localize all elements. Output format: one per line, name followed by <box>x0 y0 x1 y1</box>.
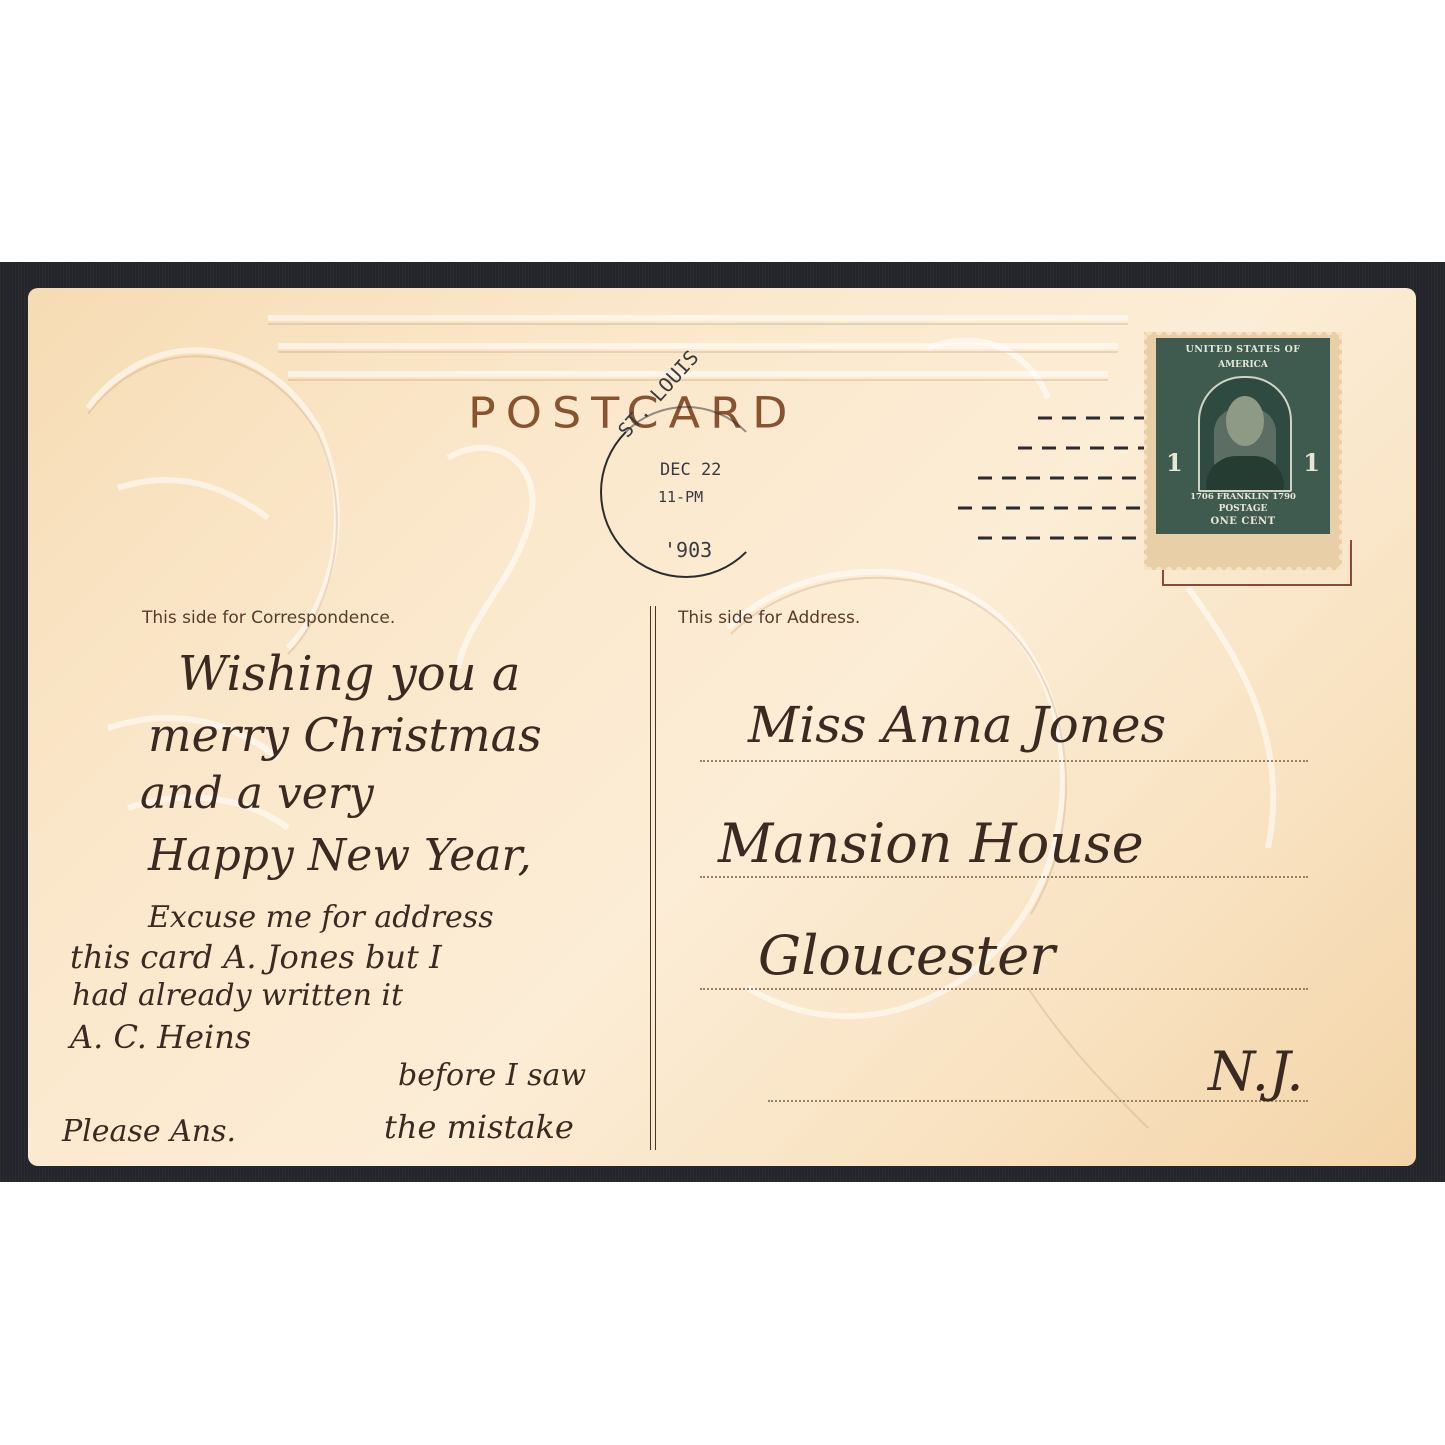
stamp-country: UNITED STATES OF <box>1156 344 1330 355</box>
address-rule-1 <box>700 760 1308 762</box>
stamp-subject: 1706 FRANKLIN 1790 <box>1156 492 1330 502</box>
message-line: the mistake <box>384 1108 574 1146</box>
message-line: Happy New Year, <box>148 830 532 881</box>
franklin-portrait-icon <box>1198 376 1292 492</box>
message-line: before I saw <box>398 1058 586 1093</box>
address-label: This side for Address. <box>678 608 860 628</box>
stamp-country-2: AMERICA <box>1156 360 1330 370</box>
stamp-value: ONE CENT <box>1156 516 1330 527</box>
postmark-date: DEC 22 <box>660 460 721 480</box>
stamp-design: UNITED STATES OF AMERICA 1 1 1706 FRANKL… <box>1156 338 1330 534</box>
message-signature: A. C. Heins <box>70 1018 251 1056</box>
address-rule-2 <box>700 876 1308 878</box>
address-state: N.J. <box>1208 1040 1304 1103</box>
stamp-denomination-left: 1 <box>1166 448 1183 477</box>
message-postscript: Please Ans. <box>62 1114 236 1149</box>
stamp-postage: POSTAGE <box>1156 504 1330 514</box>
machine-cancel-bars-icon <box>918 388 1168 588</box>
message-line: and a very <box>140 768 374 819</box>
stamp-denomination-right: 1 <box>1303 448 1320 477</box>
message-line: merry Christmas <box>148 708 542 762</box>
postage-stamp: UNITED STATES OF AMERICA 1 1 1706 FRANKL… <box>1144 332 1342 570</box>
postcard: POSTCARD ST. LOUIS DEC 22 11-PM '903 UNI… <box>28 288 1416 1166</box>
center-divider <box>650 606 656 1150</box>
address-name: Miss Anna Jones <box>748 696 1166 754</box>
address-line-2: Mansion House <box>718 812 1144 875</box>
message-line: this card A. Jones but I <box>70 938 442 976</box>
address-city: Gloucester <box>758 924 1055 987</box>
correspondence-label: This side for Correspondence. <box>142 608 395 628</box>
postmark-time: 11-PM <box>658 488 703 506</box>
message-line: Excuse me for address <box>148 900 494 935</box>
address-rule-3 <box>700 988 1308 990</box>
postmark-year: '903 <box>664 538 712 562</box>
message-line: Wishing you a <box>178 646 520 702</box>
message-line: had already written it <box>72 978 403 1013</box>
